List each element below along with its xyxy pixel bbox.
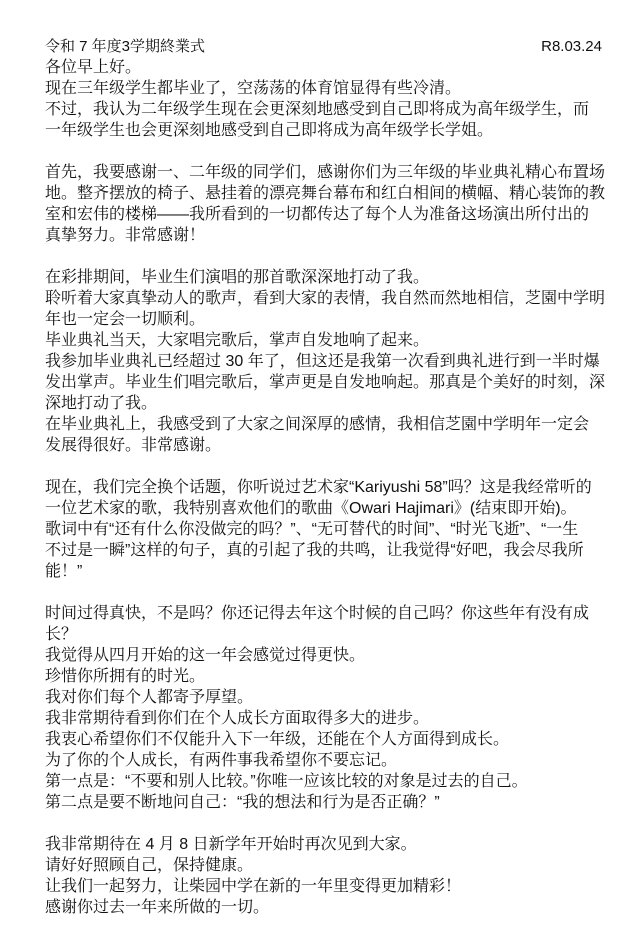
text-line: 第二点是要不断地问自己：“我的想法和行为是否正确？” xyxy=(45,792,602,813)
text-line: 发展得很好。非常感谢。 xyxy=(45,435,602,456)
text-line: 一年级学生也会更深刻地感受到自己即将成为高年级学长学姐。 xyxy=(45,120,602,141)
text-line: 我非常期待看到你们在个人成长方面取得多大的进步。 xyxy=(45,708,602,729)
text-line: 珍惜你所拥有的时光。 xyxy=(45,666,602,687)
document-date: R8.03.24 xyxy=(541,36,602,57)
text-line: 首先，我要感谢一、二年级的同学们，感谢你们为三年级的毕业典礼精心布置场 xyxy=(45,162,602,183)
paragraph: 现在，我们完全换个话题，你听说过艺术家“Kariyushi 58”吗？这是我经常… xyxy=(45,477,602,582)
text-line: 真挚努力。非常感谢！ xyxy=(45,225,602,246)
text-line: 各位早上好。 xyxy=(45,57,602,78)
document-page: 令和 7 年度3学期終業式 R8.03.24 各位早上好。现在三年级学生都毕业了… xyxy=(0,0,640,938)
text-line: 请好好照顾自己，保持健康。 xyxy=(45,855,602,876)
text-line: 在毕业典礼上，我感受到了大家之间深厚的感情，我相信芝園中学明年一定会 xyxy=(45,414,602,435)
text-line: 让我们一起努力，让柴园中学在新的一年里变得更加精彩！ xyxy=(45,876,602,897)
paragraph: 时间过得真快，不是吗？你还记得去年这个时候的自己吗？你这些年有没有成长？我觉得从… xyxy=(45,603,602,813)
text-line: 我觉得从四月开始的这一年会感觉过得更快。 xyxy=(45,645,602,666)
text-line: 歌词中有“还有什么你没做完的吗？”、“无可替代的时间”、“时光飞逝”、“一生 xyxy=(45,519,602,540)
document-title: 令和 7 年度3学期終業式 xyxy=(45,36,205,57)
text-line: 毕业典礼当天，大家唱完歌后，掌声自发地响了起来。 xyxy=(45,330,602,351)
text-line: 我非常期待在 4 月 8 日新学年开始时再次见到大家。 xyxy=(45,834,602,855)
text-line: 发出掌声。毕业生们唱完歌后，掌声更是自发地响起。那真是个美好的时刻，深 xyxy=(45,372,602,393)
text-line: 现在三年级学生都毕业了，空荡荡的体育馆显得有些冷清。 xyxy=(45,78,602,99)
text-line: 一位艺术家的歌，我特别喜欢他们的歌曲《Owari Hajimari》(结束即开始… xyxy=(45,498,602,519)
paragraph: 在彩排期间，毕业生们演唱的那首歌深深地打动了我。聆听着大家真挚动人的歌声，看到大… xyxy=(45,267,602,456)
text-line: 不过，我认为二年级学生现在会更深刻地感受到自己即将成为高年级学生，而 xyxy=(45,99,602,120)
text-line: 聆听着大家真挚动人的歌声，看到大家的表情，我自然而然地相信，芝園中学明 xyxy=(45,288,602,309)
paragraph: 我非常期待在 4 月 8 日新学年开始时再次见到大家。请好好照顾自己，保持健康。… xyxy=(45,834,602,918)
paragraph: 首先，我要感谢一、二年级的同学们，感谢你们为三年级的毕业典礼精心布置场地。整齐摆… xyxy=(45,162,602,246)
text-line: 地。整齐摆放的椅子、悬挂着的漂亮舞台幕布和红白相间的横幅、精心装饰的教 xyxy=(45,183,602,204)
text-line: 室和宏伟的楼梯——我所看到的一切都传达了每个人为准备这场演出所付出的 xyxy=(45,204,602,225)
text-line: 我对你们每个人都寄予厚望。 xyxy=(45,687,602,708)
document-body: 各位早上好。现在三年级学生都毕业了，空荡荡的体育馆显得有些冷清。不过，我认为二年… xyxy=(45,57,602,918)
text-line: 时间过得真快，不是吗？你还记得去年这个时候的自己吗？你这些年有没有成 xyxy=(45,603,602,624)
text-line: 为了你的个人成长，有两件事我希望你不要忘记。 xyxy=(45,750,602,771)
text-line: 现在，我们完全换个话题，你听说过艺术家“Kariyushi 58”吗？这是我经常… xyxy=(45,477,602,498)
paragraph: 各位早上好。现在三年级学生都毕业了，空荡荡的体育馆显得有些冷清。不过，我认为二年… xyxy=(45,57,602,141)
text-line: 深地打动了我。 xyxy=(45,393,602,414)
text-line: 第一点是：“不要和别人比较。”你唯一应该比较的对象是过去的自己。 xyxy=(45,771,602,792)
document-header: 令和 7 年度3学期終業式 R8.03.24 xyxy=(45,36,602,57)
text-line: 我衷心希望你们不仅能升入下一年级，还能在个人方面得到成长。 xyxy=(45,729,602,750)
text-line: 不过是一瞬”这样的句子，真的引起了我的共鸣，让我觉得“好吧，我会尽我所 xyxy=(45,540,602,561)
text-line: 在彩排期间，毕业生们演唱的那首歌深深地打动了我。 xyxy=(45,267,602,288)
text-line: 能！” xyxy=(45,561,602,582)
text-line: 长？ xyxy=(45,624,602,645)
text-line: 感谢你过去一年来所做的一切。 xyxy=(45,897,602,918)
text-line: 我参加毕业典礼已经超过 30 年了，但这还是我第一次看到典礼进行到一半时爆 xyxy=(45,351,602,372)
text-line: 年也一定会一切顺利。 xyxy=(45,309,602,330)
